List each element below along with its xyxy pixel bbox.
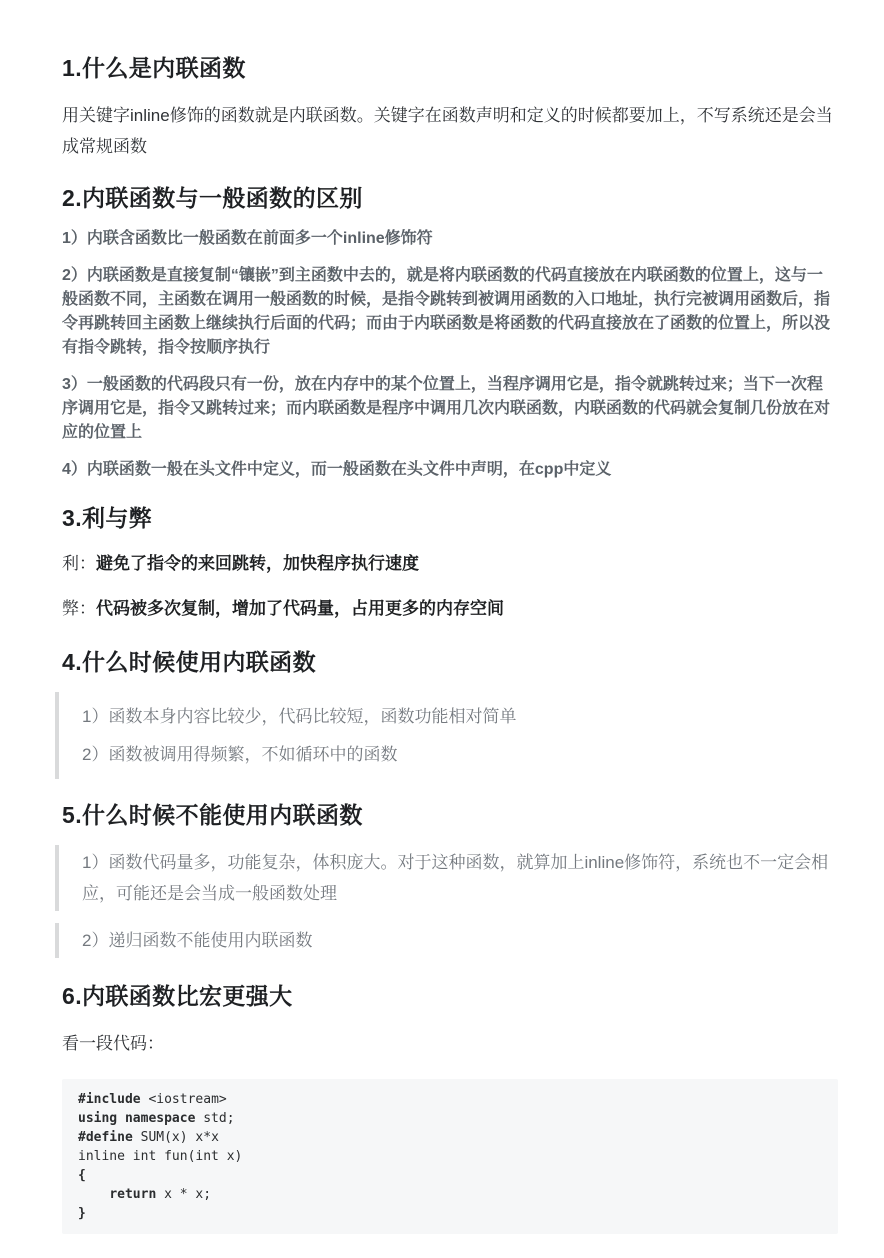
diff-point-3: 3）一般函数的代码段只有一份，放在内存中的某个位置上，当程序调用它是，指令就跳转… [62, 373, 838, 445]
pros-label: 利： [62, 554, 96, 573]
quote-item: 2）函数被调用得频繁，不如循环中的函数 [82, 739, 838, 770]
pros-line: 利：避免了指令的来回跳转，加快程序执行速度 [62, 548, 838, 579]
cons-line: 弊：代码被多次复制，增加了代码量，占用更多的内存空间 [62, 593, 838, 624]
code-line: { [78, 1166, 822, 1185]
code-line: using namespace std; [78, 1109, 822, 1128]
code-line: } [78, 1204, 822, 1223]
section-1-heading: 1.什么是内联函数 [62, 52, 838, 84]
cons-text: 代码被多次复制，增加了代码量，占用更多的内存空间 [96, 599, 504, 618]
diff-point-4: 4）内联函数一般在头文件中定义，而一般函数在头文件中声明，在cpp中定义 [62, 458, 838, 482]
code-text: std; [195, 1111, 234, 1126]
code-keyword: #include [78, 1092, 141, 1107]
code-intro: 看一段代码： [62, 1028, 838, 1059]
when-not-to-use-blockquote-2: 2）递归函数不能使用内联函数 [55, 923, 838, 958]
code-text: SUM(x) x*x [133, 1130, 219, 1145]
diff-point-2: 2）内联函数是直接复制“镶嵌”到主函数中去的，就是将内联函数的代码直接放在内联函… [62, 264, 838, 360]
code-keyword: using namespace [78, 1111, 195, 1126]
section-1-paragraph: 用关键字inline修饰的函数就是内联函数。关键字在函数声明和定义的时候都要加上… [62, 100, 838, 162]
cons-label: 弊： [62, 599, 96, 618]
code-block: #include <iostream> using namespace std;… [62, 1079, 838, 1234]
when-not-to-use-blockquote-1: 1）函数代码量多，功能复杂，体积庞大。对于这种函数，就算加上inline修饰符，… [55, 845, 838, 911]
code-line: #define SUM(x) x*x [78, 1128, 822, 1147]
quote-item: 1）函数代码量多，功能复杂，体积庞大。对于这种函数，就算加上inline修饰符，… [82, 847, 838, 909]
section-5-heading: 5.什么时候不能使用内联函数 [62, 799, 838, 831]
code-text: <iostream> [141, 1092, 227, 1107]
code-keyword: } [78, 1206, 86, 1221]
article: 1.什么是内联函数 用关键字inline修饰的函数就是内联函数。关键字在函数声明… [0, 0, 884, 1258]
quote-item: 2）递归函数不能使用内联函数 [82, 925, 838, 956]
pros-text: 避免了指令的来回跳转，加快程序执行速度 [96, 554, 419, 573]
code-keyword: { [78, 1168, 86, 1183]
when-to-use-blockquote: 1）函数本身内容比较少，代码比较短，函数功能相对简单 2）函数被调用得频繁，不如… [55, 692, 838, 779]
code-keyword: return [109, 1187, 156, 1202]
code-text: x * x; [156, 1187, 211, 1202]
section-2-heading: 2.内联函数与一般函数的区别 [62, 182, 838, 214]
section-6-heading: 6.内联函数比宏更强大 [62, 980, 838, 1012]
code-line: #include <iostream> [78, 1090, 822, 1109]
code-keyword: #define [78, 1130, 133, 1145]
code-text [78, 1187, 109, 1202]
section-3-heading: 3.利与弊 [62, 502, 838, 534]
code-line: return x * x; [78, 1185, 822, 1204]
quote-item: 1）函数本身内容比较少，代码比较短，函数功能相对简单 [82, 701, 838, 732]
code-text: inline int fun(int x) [78, 1149, 242, 1164]
diff-point-1: 1）内联含函数比一般函数在前面多一个inline修饰符 [62, 227, 838, 251]
code-line: inline int fun(int x) [78, 1147, 822, 1166]
section-4-heading: 4.什么时候使用内联函数 [62, 646, 838, 678]
